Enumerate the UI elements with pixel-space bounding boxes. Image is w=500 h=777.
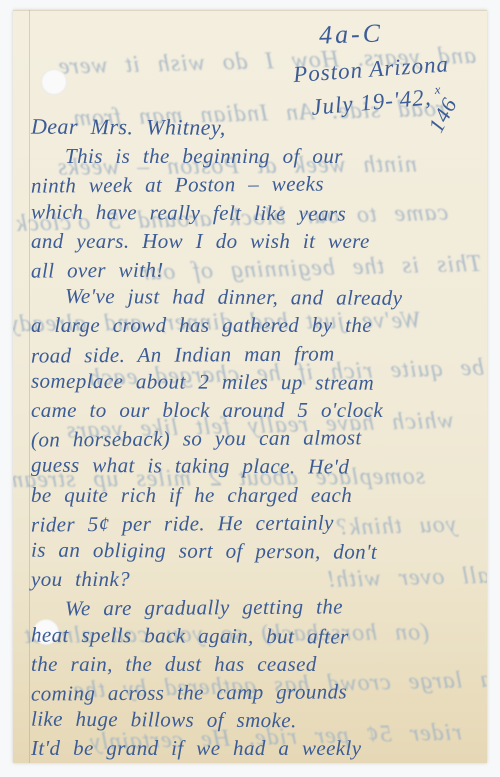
letter-line: is an obliging sort of person, don't	[31, 536, 483, 567]
paper-crease	[29, 10, 30, 763]
letter-line: like huge billows of smoke.	[31, 705, 483, 736]
letter-line: all over with!	[31, 253, 483, 284]
letter-line: came to our block around 5 o'clock	[31, 396, 483, 424]
letter-line: We are gradually getting the	[31, 592, 483, 623]
letter-line: ninth week at Poston – weeks	[31, 169, 483, 200]
letter-line: which have really felt like years	[31, 197, 483, 228]
letter-line: rider 5¢ per ride. He certainly	[31, 507, 483, 538]
letter-line: heat spells back again, but after	[31, 620, 483, 651]
letter-line: (on horseback) so you can almost	[31, 423, 483, 454]
letter-line: you think?	[31, 565, 483, 593]
letter-line: We've just had dinner, and already	[31, 282, 483, 313]
letter-line: guess what is taking place. He'd	[31, 451, 483, 482]
letter-line: someplace about 2 miles up stream	[31, 366, 483, 397]
salutation: Dear Mrs. Whitney,	[31, 113, 483, 144]
letter-line: road side. An Indian man from	[31, 338, 483, 369]
letter-line: It'd be grand if we had a weekly	[31, 734, 483, 762]
letter-line: and years. How I do wish it were	[31, 227, 483, 255]
letter-line: This is the beginning of our	[31, 142, 483, 170]
letter-line: the rain, the dust has ceased	[31, 650, 483, 678]
letter-line: coming across the camp grounds	[31, 676, 483, 707]
letter-line: be quite rich if he charged each	[31, 481, 483, 509]
letter-body: Dear Mrs. Whitney, This is the beginning…	[31, 114, 483, 763]
letter-paper: and years. How I do wish it were road si…	[13, 10, 487, 763]
hole-punch-top	[41, 69, 67, 95]
scanned-letter-page: and years. How I do wish it were road si…	[0, 0, 500, 777]
letter-line: a large crowd has gathered by the	[31, 311, 483, 339]
header-unit-number: 4a-C	[319, 15, 470, 50]
